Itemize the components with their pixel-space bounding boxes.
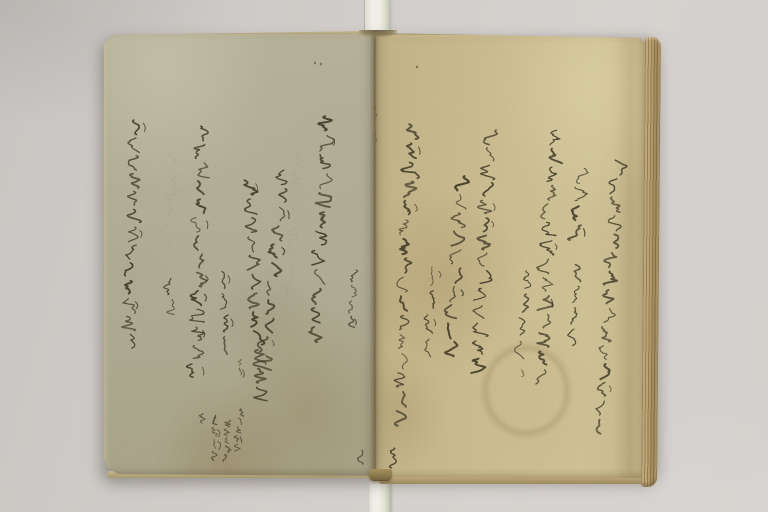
photo-description: Photograph of an open stitched-bound Jap…	[0, 0, 1, 1]
left-page-verso	[104, 31, 374, 477]
manuscript-photo-scene: Photograph of an open stitched-bound Jap…	[0, 0, 768, 512]
binding-tail-knot	[369, 469, 392, 481]
right-page-recto	[374, 33, 646, 480]
binding-gutter-crease	[370, 31, 380, 478]
binding-head	[359, 30, 397, 38]
transcription-note: Cursive kuzushiji; readings are approxim…	[0, 0, 1, 1]
fore-edge-page-stack	[641, 37, 661, 487]
